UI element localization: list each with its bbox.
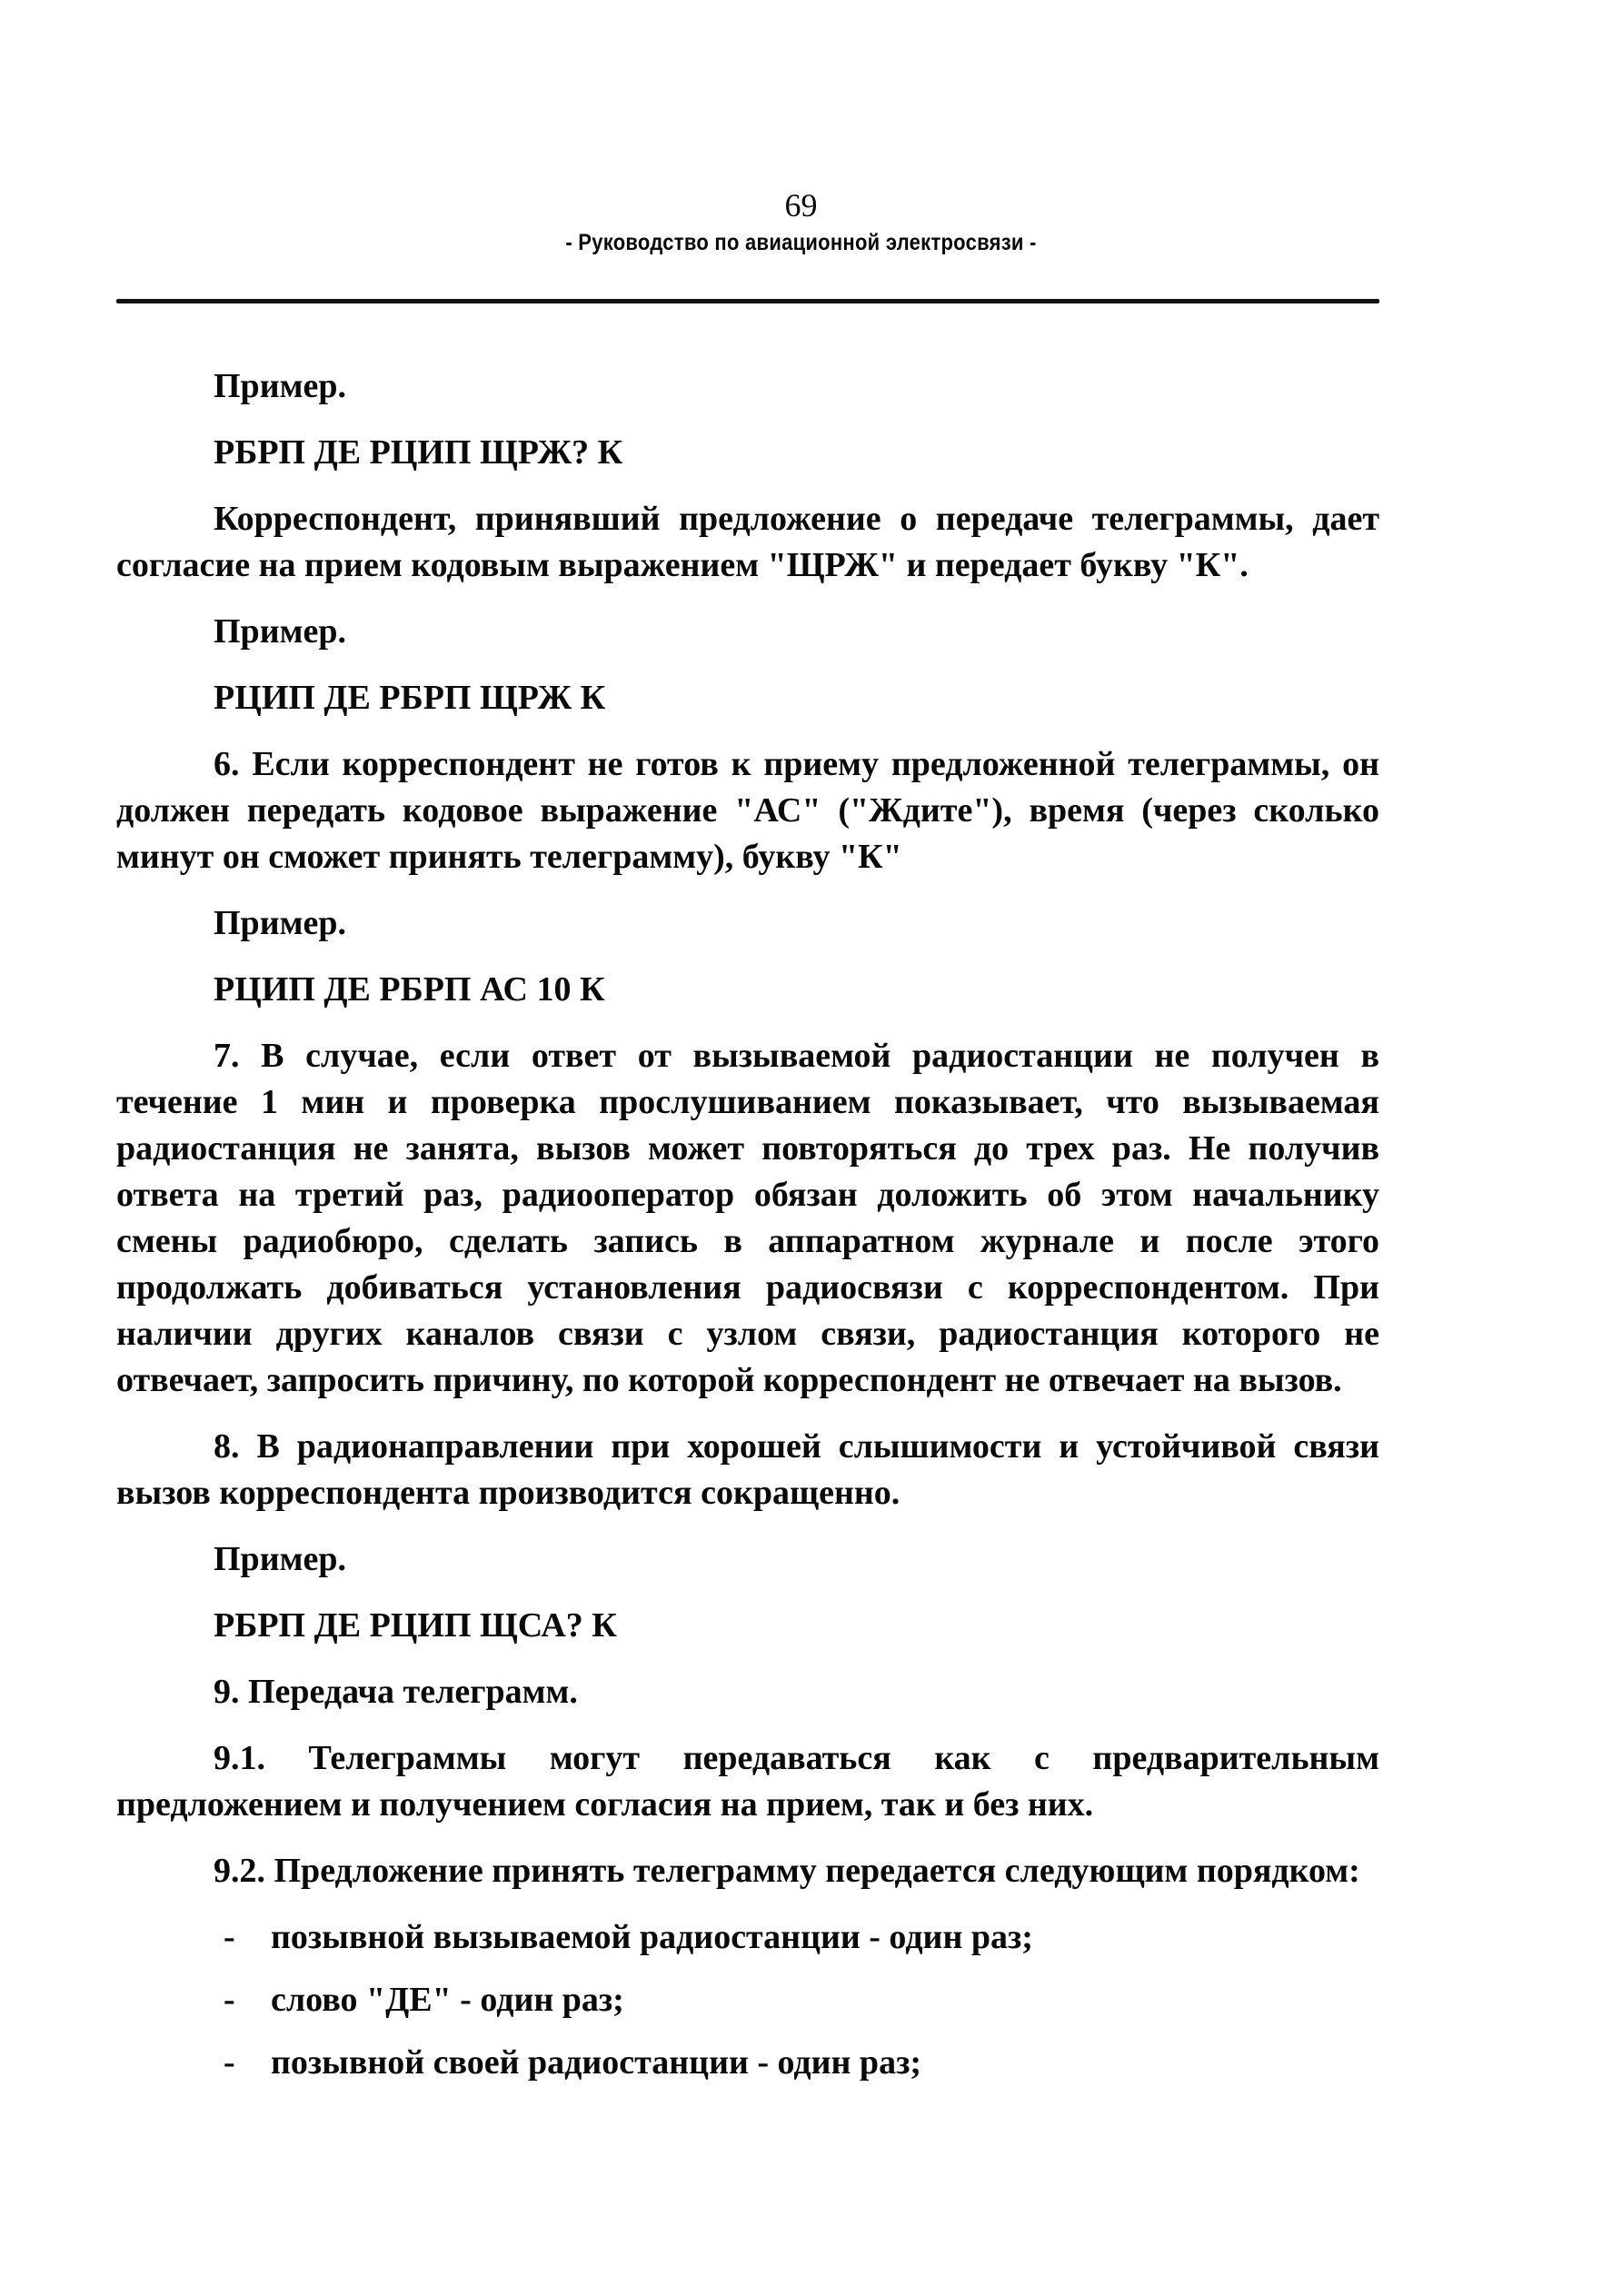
list-item-text: позывной своей радиостанции - один раз; xyxy=(271,2043,921,2082)
paragraph-7: 7. В случае, если ответ от вызываемой ра… xyxy=(116,1033,1379,1404)
section-heading-9: 9. Передача телеграмм. xyxy=(116,1669,1379,1715)
procedure-list: - позывной вызываемой радиостанции - оди… xyxy=(116,1914,1379,2086)
list-item: - позывной вызываемой радиостанции - оди… xyxy=(116,1914,1379,1961)
list-item-text: слово "ДЕ" - один раз; xyxy=(271,1981,624,2019)
example-code: РБРП ДЕ РЦИП ЩСА? К xyxy=(116,1603,1379,1649)
header-divider xyxy=(116,299,1379,303)
example-code: РЦИП ДЕ РБРП ЩРЖ К xyxy=(116,675,1379,721)
running-header: - Руководство по авиационной электросвяз… xyxy=(96,230,1506,256)
paragraph-9-1: 9.1. Телеграммы могут передаваться как с… xyxy=(116,1735,1379,1828)
example-label: Пример. xyxy=(116,900,1379,947)
paragraph: Корреспондент, принявший предложение о п… xyxy=(116,496,1379,589)
dash-bullet-icon: - xyxy=(224,2040,235,2086)
paragraph-8: 8. В радионаправлении при хорошей слышим… xyxy=(116,1424,1379,1516)
list-item: - позывной своей радиостанции - один раз… xyxy=(116,2040,1379,2086)
example-code: РЦИП ДЕ РБРП АС 10 К xyxy=(116,967,1379,1013)
list-item: - слово "ДЕ" - один раз; xyxy=(116,1977,1379,2023)
dash-bullet-icon: - xyxy=(224,1977,235,2023)
example-code: РБРП ДЕ РЦИП ЩРЖ? К xyxy=(116,430,1379,476)
example-label: Пример. xyxy=(116,363,1379,410)
example-label: Пример. xyxy=(116,609,1379,655)
dash-bullet-icon: - xyxy=(224,1914,235,1961)
list-item-text: позывной вызываемой радиостанции - один … xyxy=(271,1918,1033,1956)
example-label: Пример. xyxy=(116,1536,1379,1583)
paragraph-9-2: 9.2. Предложение принять телеграмму пере… xyxy=(116,1848,1379,1894)
page-number: 69 xyxy=(0,186,1602,224)
page-body: Пример. РБРП ДЕ РЦИП ЩРЖ? К Корреспонден… xyxy=(116,345,1379,2102)
paragraph-6: 6. Если корреспондент не готов к приему … xyxy=(116,741,1379,880)
